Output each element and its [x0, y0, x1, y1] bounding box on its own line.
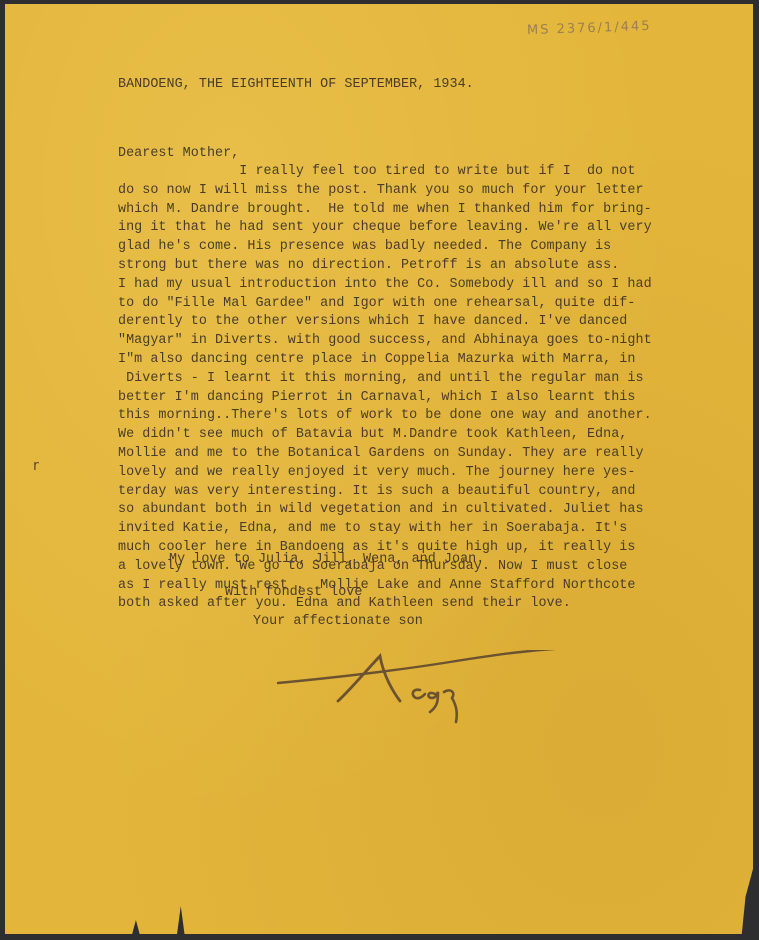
salutation: Dearest Mother,	[118, 145, 239, 164]
body-line: I really feel too tired to write but if …	[118, 163, 652, 182]
body-line: better I'm dancing Pierrot in Carnaval, …	[118, 389, 652, 408]
body-line: which M. Dandre brought. He told me when…	[118, 201, 652, 220]
body-line: this morning..There's lots of work to be…	[118, 407, 652, 426]
body-line: to do "Fille Mal Gardee" and Igor with o…	[118, 295, 652, 314]
body-line: as I really must rest . Mollie Lake and …	[118, 577, 652, 596]
body-line: We didn't see much of Batavia but M.Dand…	[118, 426, 652, 445]
closing-affectionate-son: Your affectionate son	[253, 613, 423, 632]
body-line: I"m also dancing centre place in Coppeli…	[118, 351, 652, 370]
body-line: derently to the other versions which I h…	[118, 313, 652, 332]
dateline: BANDOENG, THE EIGHTEENTH OF SEPTEMBER, 1…	[118, 76, 474, 95]
body-line: terday was very interesting. It is such …	[118, 483, 652, 502]
body-line: so abundant both in wild vegetation and …	[118, 501, 652, 520]
body-line: both asked after you. Edna and Kathleen …	[118, 595, 652, 614]
body-line: do so now I will miss the post. Thank yo…	[118, 182, 652, 201]
body-line: I had my usual introduction into the Co.…	[118, 276, 652, 295]
body-line: Diverts - I learnt it this morning, and …	[118, 370, 652, 389]
body-line: glad he's come. His presence was badly n…	[118, 238, 652, 257]
handwritten-signature	[270, 650, 570, 730]
closing-fondest-love: With fondest love	[225, 584, 362, 603]
closing-love-line: My love to Julia, Jill, Wena, and Joan.	[169, 551, 484, 570]
margin-mark: r	[33, 458, 39, 474]
body-line: "Magyar" in Diverts. with good success, …	[118, 332, 652, 351]
body-line: Mollie and me to the Botanical Gardens o…	[118, 445, 652, 464]
body-line: ing it that he had sent your cheque befo…	[118, 219, 652, 238]
body-line: strong but there was no direction. Petro…	[118, 257, 652, 276]
body-line: lovely and we really enjoyed it very muc…	[118, 464, 652, 483]
signature-icon	[270, 650, 570, 730]
letter-body: I really feel too tired to write but if …	[118, 163, 652, 614]
body-line: invited Katie, Edna, and me to stay with…	[118, 520, 652, 539]
